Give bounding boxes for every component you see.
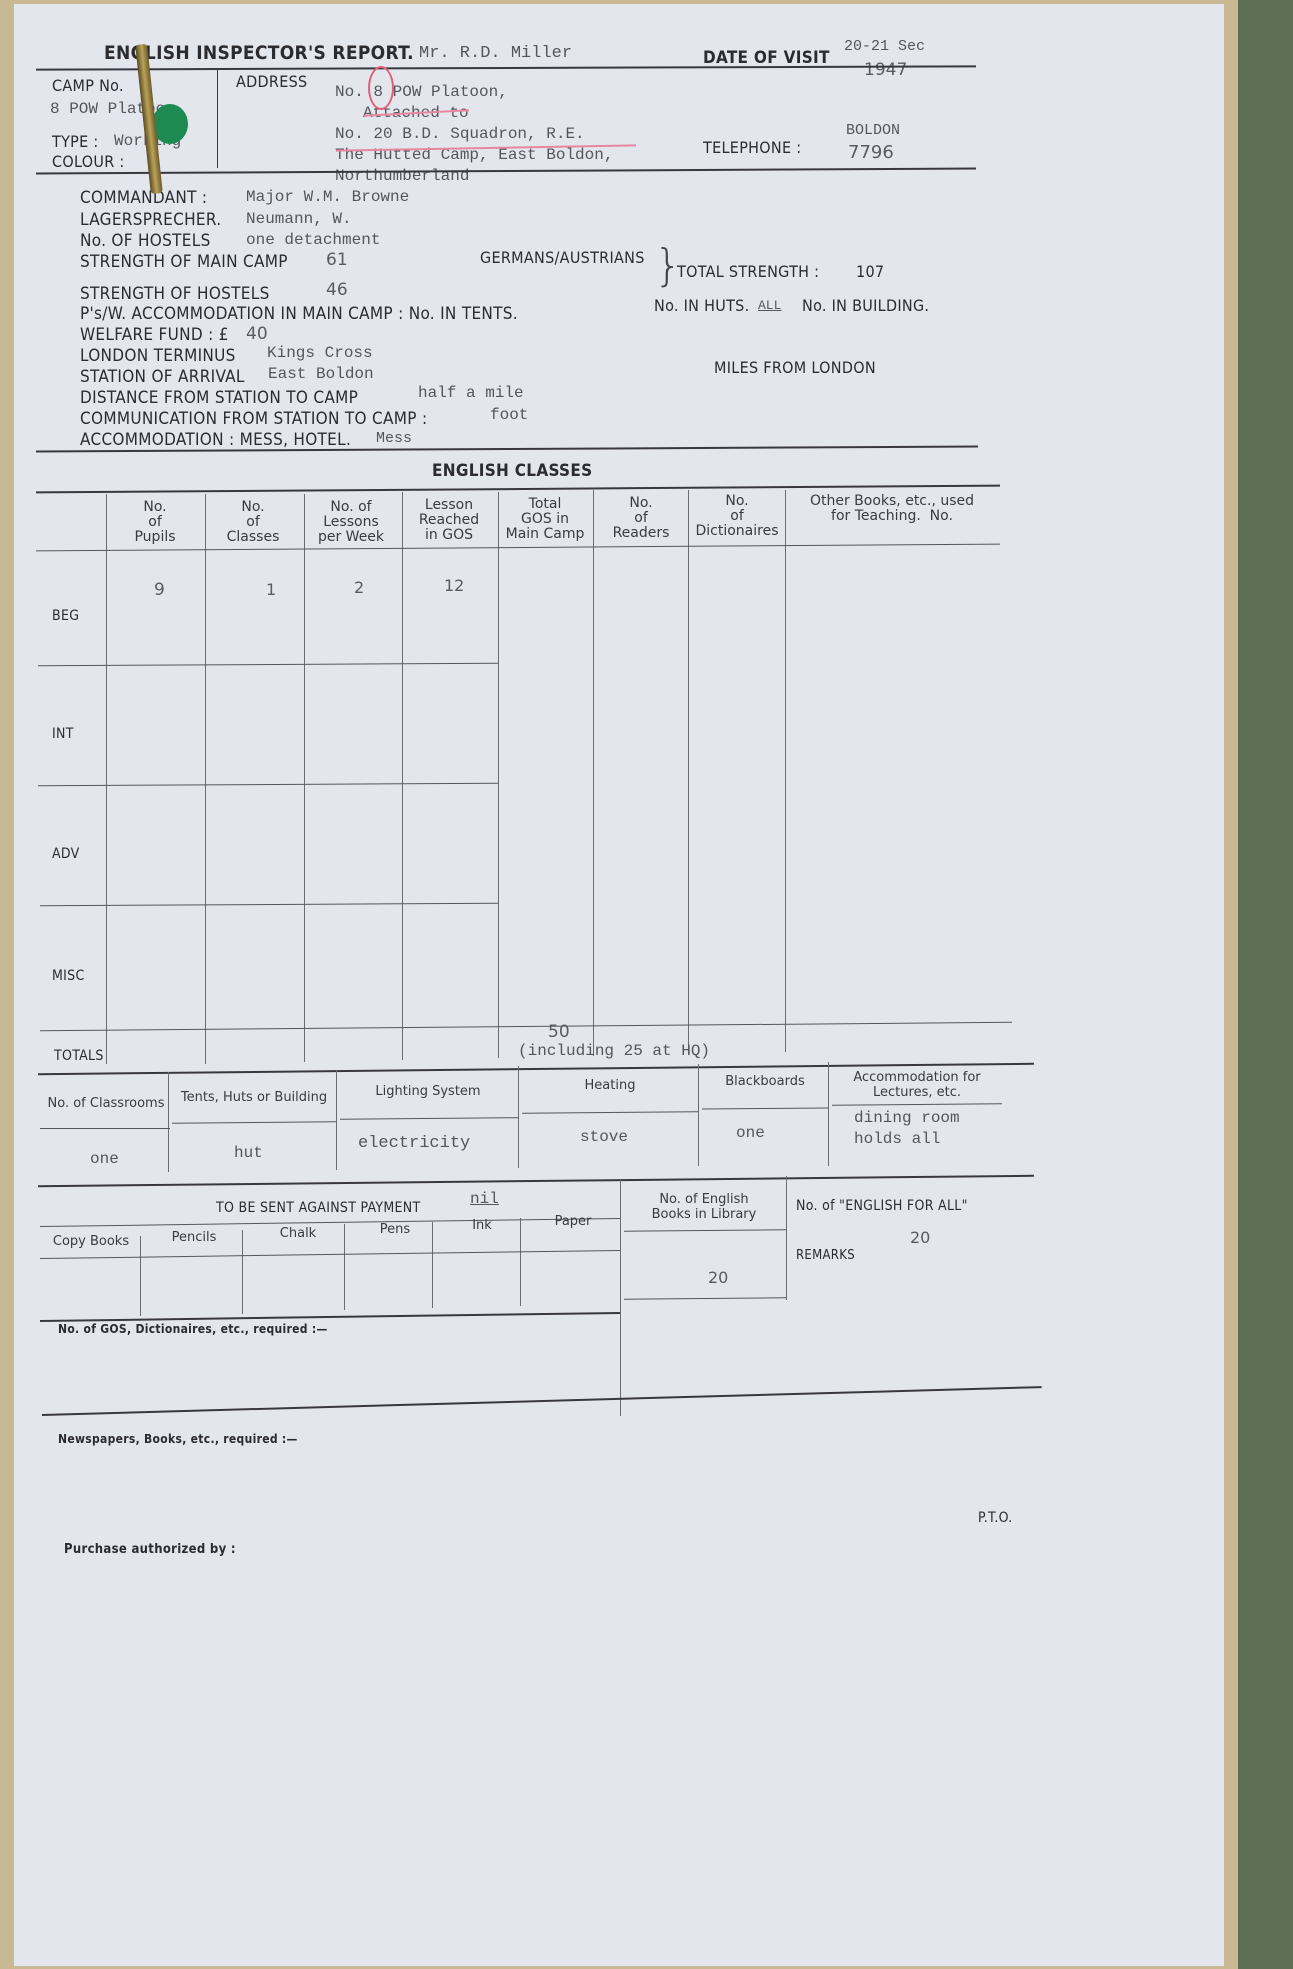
report-form: ENGLISH INSPECTOR'S REPORT. Mr. R.D. Mil… [14, 4, 1224, 1966]
grid-line [340, 1117, 518, 1120]
facility-header-heating: Heating [522, 1078, 698, 1093]
grid-line [242, 1230, 243, 1314]
pto-label: P.T.O. [978, 1510, 1013, 1526]
telephone-number: 7796 [848, 142, 894, 163]
english-for-all-label: No. of "ENGLISH FOR ALL" [796, 1198, 968, 1214]
row-label-misc: MISC [52, 968, 85, 984]
red-pencil-circle [368, 66, 394, 110]
distance-value: half a mile [418, 384, 524, 402]
huts-value: ALL [758, 298, 781, 313]
total-gos-note: (including 25 at HQ) [518, 1042, 710, 1060]
payment-col-ink: Ink [442, 1218, 522, 1233]
grid-line [402, 492, 403, 1060]
nationality-label: GERMANS/AUSTRIANS [480, 248, 645, 267]
commandant-label: COMMANDANT : [80, 188, 207, 208]
colour-label: COLOUR : [52, 152, 125, 171]
grid-line [785, 490, 786, 1052]
facility-building-value: hut [234, 1144, 263, 1162]
grid-line [38, 663, 498, 666]
row-label-beg: BEG [52, 608, 79, 624]
main-camp-strength-value: 61 [326, 250, 348, 270]
grid-line [168, 1072, 169, 1172]
grid-line [522, 1111, 698, 1114]
distance-label: DISTANCE FROM STATION TO CAMP [80, 388, 358, 408]
telephone-exchange: BOLDON [846, 122, 900, 139]
welfare-fund-label: WELFARE FUND : £ [80, 325, 229, 345]
grid-line [593, 490, 594, 1056]
facility-classrooms-value: one [90, 1150, 119, 1168]
communication-label: COMMUNICATION FROM STATION TO CAMP : [80, 409, 427, 429]
col-header-pupils: No. of Pupils [110, 500, 200, 545]
terminus-value: Kings Cross [267, 344, 373, 362]
miles-from-london-label: MILES FROM LONDON [714, 358, 876, 377]
total-gos-value: 50 [548, 1022, 570, 1042]
welfare-fund-value: 40 [246, 324, 268, 344]
payment-value: nil [470, 1190, 499, 1208]
total-strength-value: 107 [856, 262, 884, 281]
building-label: No. IN BUILDING. [802, 296, 929, 315]
facility-heating-value: stove [580, 1128, 628, 1146]
remarks-label: REMARKS [796, 1248, 855, 1263]
col-header-lesson-reached: Lesson Reached in GOS [404, 498, 494, 543]
grid-line [432, 1222, 433, 1308]
payment-col-paper: Paper [526, 1214, 620, 1229]
grid-line [40, 903, 498, 906]
english-for-all-value: 20 [910, 1228, 930, 1247]
accommodation-label: P's/W. ACCOMMODATION IN MAIN CAMP : No. … [80, 304, 518, 324]
grid-line [498, 492, 499, 1058]
mess-value: Mess [376, 430, 412, 447]
divider [38, 1175, 1034, 1187]
payment-col-copy-books: Copy Books [42, 1234, 140, 1249]
row-label-int: INT [52, 726, 74, 742]
english-classes-title: ENGLISH CLASSES [432, 461, 592, 481]
address-line: No. 20 B.D. Squadron, R.E. [335, 124, 613, 145]
grid-line [624, 1229, 786, 1231]
type-label: TYPE : [52, 132, 99, 151]
col-header-other-books: Other Books, etc., used for Teaching. No… [792, 494, 992, 524]
facility-header-classrooms: No. of Classrooms [42, 1096, 170, 1111]
grid-line [702, 1107, 828, 1109]
facility-header-lecture-accommodation: Accommodation for Lectures, etc. [832, 1070, 1002, 1100]
grid-line [40, 1128, 170, 1129]
grid-line [688, 490, 689, 1054]
grid-line [106, 494, 107, 1064]
payment-col-chalk: Chalk [248, 1226, 348, 1241]
address-label: ADDRESS [236, 72, 308, 91]
hostel-strength-value: 46 [326, 280, 348, 300]
grid-line [786, 1176, 787, 1300]
col-header-dictionaries: No. of Dictionaires [690, 494, 784, 539]
grid-line [40, 1312, 620, 1322]
divider [42, 1386, 1042, 1416]
payment-col-pencils: Pencils [144, 1230, 244, 1245]
col-header-classes: No. of Classes [208, 500, 298, 545]
grid-line [336, 1070, 337, 1170]
grid-line [40, 1022, 1012, 1031]
lagersprecher-value: Neumann, W. [246, 210, 352, 228]
divider [217, 68, 218, 168]
grid-line [40, 1250, 620, 1259]
grid-line [624, 1297, 786, 1299]
beg-lessons: 2 [354, 578, 364, 597]
grid-line [38, 783, 498, 786]
hostels-value: one detachment [246, 231, 380, 249]
arrival-station-value: East Boldon [268, 365, 374, 383]
facility-lecture-value: dining room holds all [854, 1108, 960, 1150]
inspector-name: Mr. R.D. Miller [419, 44, 572, 63]
communication-value: foot [490, 406, 528, 424]
payment-col-pens: Pens [350, 1222, 440, 1237]
row-label-adv: ADV [52, 846, 80, 862]
grid-line [140, 1236, 141, 1316]
green-tag-thread [152, 104, 188, 144]
facility-lighting-value: electricity [358, 1134, 470, 1153]
row-label-totals: TOTALS [54, 1048, 104, 1064]
grid-line [205, 494, 206, 1064]
newspapers-required-label: Newspapers, Books, etc., required :— [58, 1432, 298, 1446]
telephone-label: TELEPHONE : [703, 138, 801, 157]
total-strength-label: TOTAL STRENGTH : [677, 262, 819, 281]
commandant-value: Major W.M. Browne [246, 188, 409, 206]
beg-classes: 1 [266, 580, 276, 599]
library-books-label: No. of English Books in Library [624, 1192, 784, 1222]
gos-required-label: No. of GOS, Dictionaires, etc., required… [58, 1322, 328, 1336]
grid-line [698, 1064, 699, 1166]
library-books-value: 20 [708, 1268, 728, 1287]
date-of-visit-value: 20-21 Sec [844, 38, 925, 55]
facility-blackboards-value: one [736, 1124, 765, 1142]
grid-line [518, 1066, 519, 1168]
hostel-strength-label: STRENGTH OF HOSTELS [80, 284, 270, 304]
date-of-visit-year: 1947 [864, 60, 907, 80]
beg-lesson-reached: 12 [444, 576, 464, 595]
grid-line [172, 1121, 336, 1123]
huts-label: No. IN HUTS. [654, 296, 749, 315]
grid-line [344, 1224, 345, 1310]
terminus-label: LONDON TERMINUS [80, 346, 236, 366]
report-title: ENGLISH INSPECTOR'S REPORT. [104, 42, 414, 64]
col-header-lessons: No. of Lessons per Week [306, 500, 396, 545]
lagersprecher-label: LAGERSPRECHER. [80, 210, 221, 230]
grid-line [828, 1062, 829, 1166]
camp-no-label: CAMP No. [52, 76, 124, 95]
col-header-total-gos: Total GOS in Main Camp [500, 497, 590, 542]
grid-line [520, 1218, 521, 1306]
grid-line [620, 1180, 621, 1416]
purchase-authorized-label: Purchase authorized by : [64, 1542, 236, 1557]
facility-header-tents-huts: Tents, Huts or Building [172, 1090, 336, 1105]
grid-line [304, 494, 305, 1062]
hostels-label: No. OF HOSTELS [80, 231, 211, 251]
payment-title: TO BE SENT AGAINST PAYMENT [216, 1200, 420, 1216]
grid-line [832, 1103, 1002, 1105]
beg-pupils: 9 [154, 580, 165, 600]
arrival-station-label: STATION OF ARRIVAL [80, 367, 245, 387]
divider [36, 65, 976, 70]
main-camp-strength-label: STRENGTH OF MAIN CAMP [80, 252, 288, 272]
facility-header-blackboards: Blackboards [702, 1074, 828, 1089]
col-header-readers: No. of Readers [596, 496, 686, 541]
mess-label: ACCOMMODATION : MESS, HOTEL. [80, 430, 351, 450]
facility-header-lighting: Lighting System [340, 1084, 516, 1099]
